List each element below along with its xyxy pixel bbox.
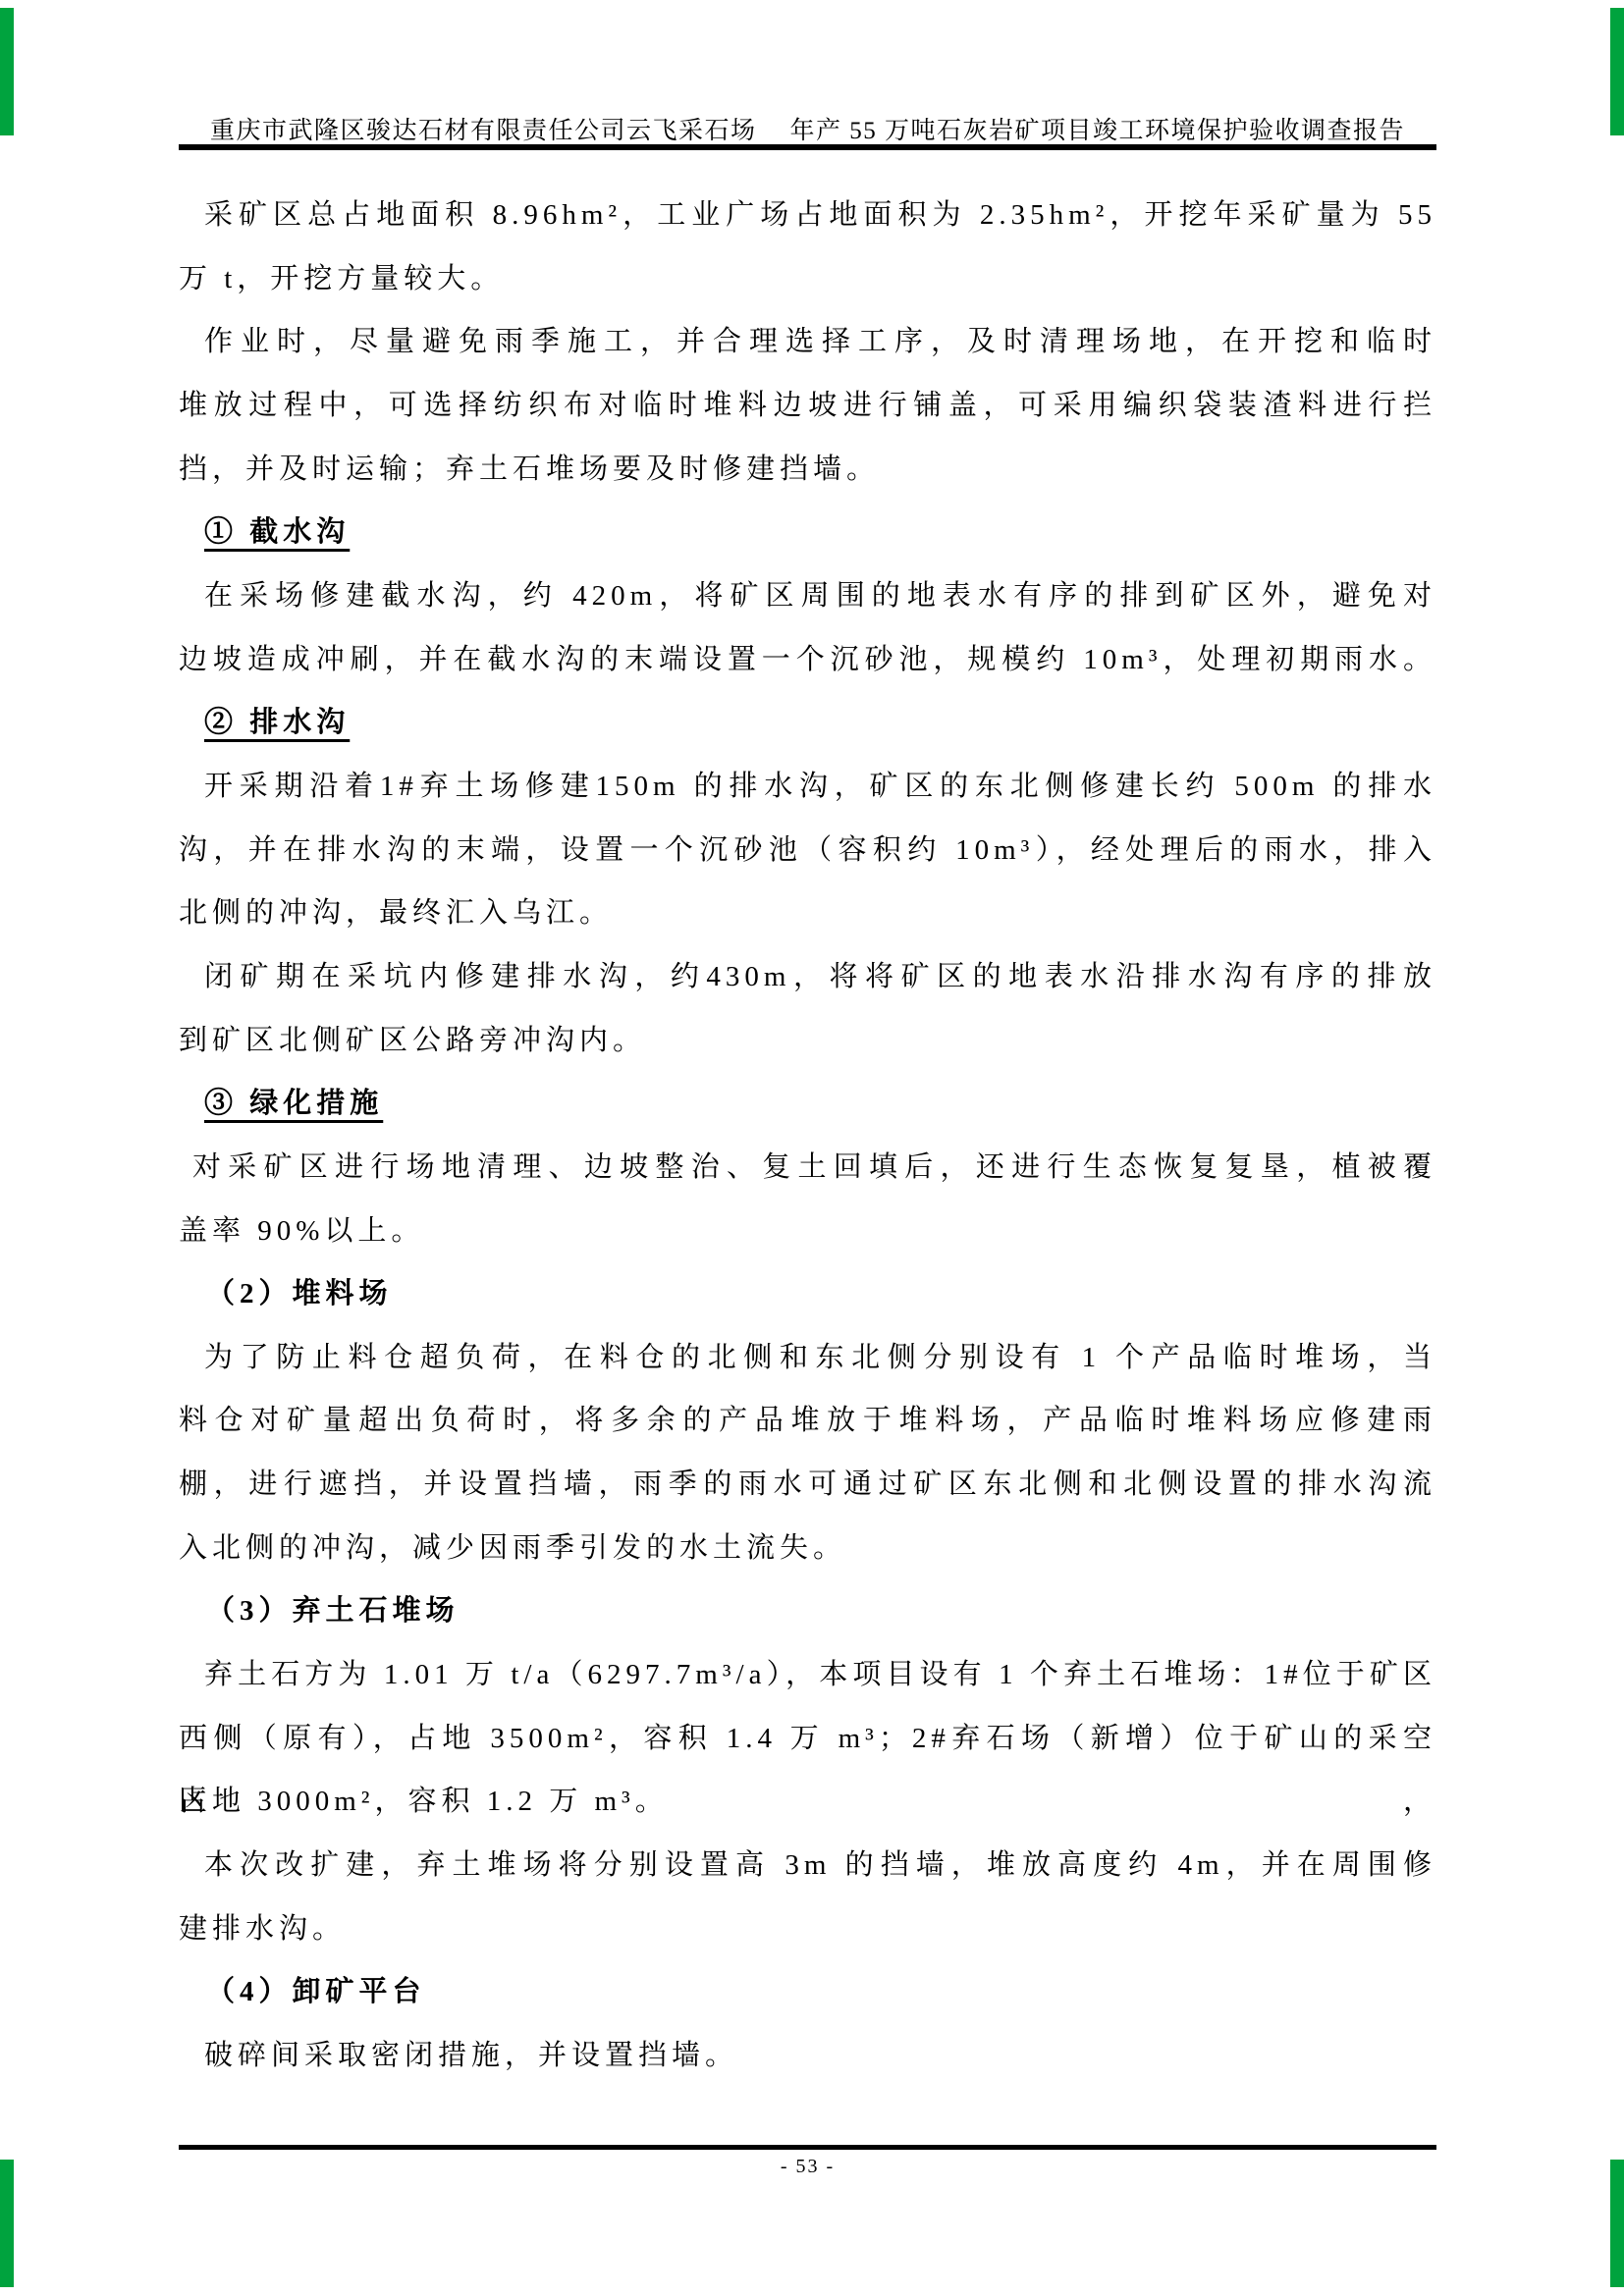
section-heading: （4）卸矿平台	[179, 1960, 1436, 2024]
body-line: 采矿区总占地面积 8.96hm²，工业广场占地面积为 2.35hm²，开挖年采矿…	[179, 184, 1436, 247]
body-line: 对采矿区进行场地清理、边坡整治、复土回填后，还进行生态恢复复垦，植被覆	[179, 1136, 1436, 1200]
body-line: 弃土石方为 1.01 万 t/a（6297.7m³/a），本项目设有 1 个弃土…	[179, 1643, 1436, 1707]
header-rule	[179, 144, 1436, 150]
paragraph: 破碎间采取密闭措施，并设置挡墙。	[179, 2024, 1436, 2088]
body-line: 到矿区北侧矿区公路旁冲沟内。	[179, 1009, 1436, 1073]
paragraph: 对采矿区进行场地清理、边坡整治、复土回填后，还进行生态恢复复垦，植被覆盖率 90…	[179, 1136, 1436, 1262]
heading-text: （4）卸矿平台	[206, 1976, 426, 2007]
body-line: 沟，并在排水沟的末端，设置一个沉砂池（容积约 10m³），经处理后的雨水，排入	[179, 819, 1436, 882]
paragraph: 作业时，尽量避免雨季施工，并合理选择工序，及时清理场地，在开挖和临时堆放过程中，…	[179, 310, 1436, 501]
body-line: 作业时，尽量避免雨季施工，并合理选择工序，及时清理场地，在开挖和临时	[179, 310, 1436, 374]
heading-line: （4）卸矿平台	[179, 1960, 1436, 2024]
document-body: 采矿区总占地面积 8.96hm²，工业广场占地面积为 2.35hm²，开挖年采矿…	[179, 184, 1436, 2088]
body-line: 西侧（原有），占地 3500m²，容积 1.4 万 m³；2#弃石场（新增）位于…	[179, 1707, 1436, 1771]
body-line: 棚，进行遮挡，并设置挡墙，雨季的雨水可通过矿区东北侧和北侧设置的排水沟流	[179, 1453, 1436, 1517]
edge-marker-top-right	[1610, 8, 1624, 135]
document-page: 重庆市武隆区骏达石材有限责任公司云飞采石场 年产 55 万吨石灰岩矿项目竣工环境…	[0, 0, 1624, 2296]
heading-line: （2）堆料场	[179, 1262, 1436, 1326]
body-line: 开采期沿着1#弃土场修建150m 的排水沟，矿区的东北侧修建长约 500m 的排…	[179, 755, 1436, 819]
section-heading: （2）堆料场	[179, 1262, 1436, 1326]
edge-marker-top-left	[0, 8, 14, 135]
body-line: 入北侧的冲沟，减少因雨季引发的水土流失。	[179, 1517, 1436, 1580]
paragraph: 本次改扩建，弃土堆场将分别设置高 3m 的挡墙，堆放高度约 4m，并在周围修建排…	[179, 1834, 1436, 1960]
heading-line: （3）弃土石堆场	[179, 1579, 1436, 1643]
heading-text: ① 截水沟	[204, 516, 350, 548]
paragraph: 开采期沿着1#弃土场修建150m 的排水沟，矿区的东北侧修建长约 500m 的排…	[179, 755, 1436, 945]
heading-text: （3）弃土石堆场	[206, 1595, 460, 1627]
body-line: 盖率 90%以上。	[179, 1200, 1436, 1263]
heading-text: ② 排水沟	[204, 707, 350, 738]
body-line: 闭矿期在采坑内修建排水沟，约430m，将将矿区的地表水沿排水沟有序的排放	[179, 945, 1436, 1009]
page-number: - 53 -	[179, 2152, 1436, 2181]
body-line: 破碎间采取密闭措施，并设置挡墙。	[179, 2024, 1436, 2088]
edge-marker-bottom-left	[0, 2160, 14, 2287]
body-line: 本次改扩建，弃土堆场将分别设置高 3m 的挡墙，堆放高度约 4m，并在周围修	[179, 1834, 1436, 1897]
heading-text: （2）堆料场	[206, 1278, 393, 1309]
edge-marker-bottom-right	[1610, 2160, 1624, 2287]
body-line: 建排水沟。	[179, 1897, 1436, 1961]
section-heading: ② 排水沟	[179, 691, 1436, 755]
section-heading: （3）弃土石堆场	[179, 1579, 1436, 1643]
heading-line: ② 排水沟	[179, 691, 1436, 755]
body-line: 在采场修建截水沟，约 420m，将矿区周围的地表水有序的排到矿区外，避免对	[179, 564, 1436, 628]
body-line: 边坡造成冲刷，并在截水沟的末端设置一个沉砂池，规模约 10m³，处理初期雨水。	[179, 628, 1436, 692]
body-line: 为了防止料仓超负荷，在料仓的北侧和东北侧分别设有 1 个产品临时堆场，当	[179, 1326, 1436, 1390]
footer-rule	[179, 2145, 1436, 2150]
paragraph: 闭矿期在采坑内修建排水沟，约430m，将将矿区的地表水沿排水沟有序的排放到矿区北…	[179, 945, 1436, 1072]
paragraph: 为了防止料仓超负荷，在料仓的北侧和东北侧分别设有 1 个产品临时堆场，当料仓对矿…	[179, 1326, 1436, 1580]
body-line: 挡，并及时运输；弃土石堆场要及时修建挡墙。	[179, 438, 1436, 502]
section-heading: ③ 绿化措施	[179, 1072, 1436, 1136]
paragraph: 弃土石方为 1.01 万 t/a（6297.7m³/a），本项目设有 1 个弃土…	[179, 1643, 1436, 1834]
heading-line: ① 截水沟	[179, 501, 1436, 564]
paragraph: 在采场修建截水沟，约 420m，将矿区周围的地表水有序的排到矿区外，避免对边坡造…	[179, 564, 1436, 691]
heading-text: ③ 绿化措施	[204, 1088, 383, 1119]
body-line: 北侧的冲沟，最终汇入乌江。	[179, 881, 1436, 945]
body-line: 料仓对矿量超出负荷时，将多余的产品堆放于堆料场，产品临时堆料场应修建雨	[179, 1389, 1436, 1453]
paragraph: 采矿区总占地面积 8.96hm²，工业广场占地面积为 2.35hm²，开挖年采矿…	[179, 184, 1436, 310]
heading-line: ③ 绿化措施	[179, 1072, 1436, 1136]
body-line: 堆放过程中，可选择纺织布对临时堆料边坡进行铺盖，可采用编织袋装渣料进行拦	[179, 374, 1436, 438]
body-line: 万 t，开挖方量较大。	[179, 247, 1436, 311]
section-heading: ① 截水沟	[179, 501, 1436, 564]
